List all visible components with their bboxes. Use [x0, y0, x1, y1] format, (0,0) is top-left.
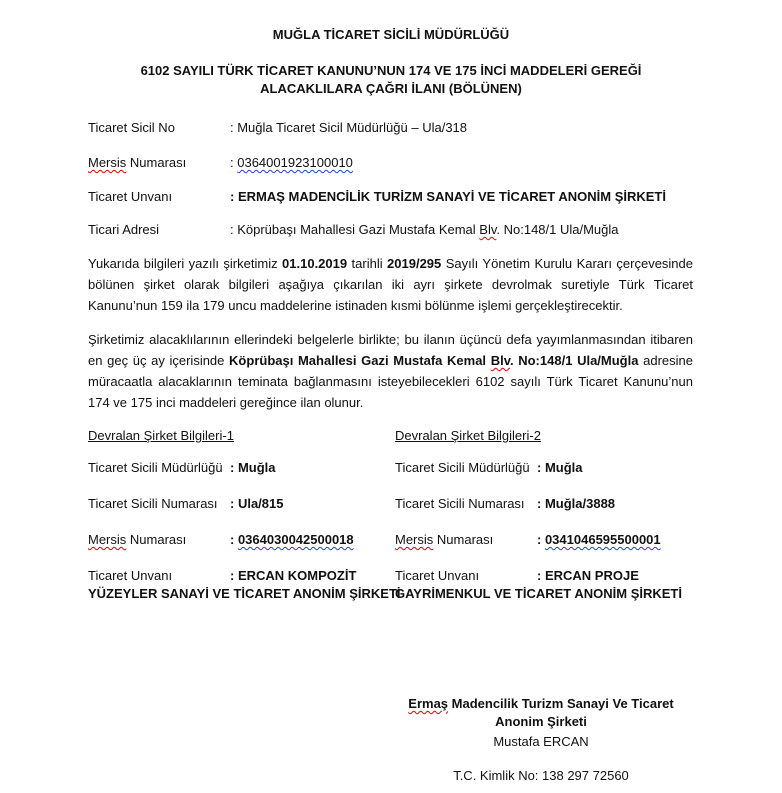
sicil-label: Ticaret Sicili Numarası	[88, 496, 218, 511]
mersis-value: : 0341046595500001	[537, 532, 661, 547]
unvan-value-cont: YÜZEYLER SANAYİ VE TİCARET ANONİM ŞİRKET…	[88, 586, 401, 601]
mersis-label: Mersis Numarası	[395, 532, 493, 547]
mersis-number: 0341046595500001	[545, 532, 661, 547]
sicil-no-value: : Muğla Ticaret Sicil Müdürlüğü – Ula/31…	[230, 120, 467, 135]
mersis-label: Mersis Numarası	[88, 155, 186, 170]
transferee-heading: Devralan Şirket Bilgileri-1	[88, 428, 234, 443]
unvan-label: Ticaret Unvanı	[88, 568, 172, 583]
sicil-text: Muğla/3888	[545, 496, 615, 511]
mudurluk-label: Ticaret Sicili Müdürlüğü	[88, 460, 223, 475]
spellcheck-word: Mersis	[395, 532, 433, 547]
mudurluk-value: : Muğla	[537, 460, 583, 475]
adres-label: Ticari Adresi	[88, 222, 159, 237]
adres-value: : Köprübaşı Mahallesi Gazi Mustafa Kemal…	[230, 222, 619, 237]
adres-part: : Köprübaşı Mahallesi Gazi Mustafa Kemal	[230, 222, 479, 237]
notice-title-line2: ALACAKLILARA ÇAĞRI İLANI (BÖLÜNEN)	[0, 81, 782, 96]
unvan-value: : ERCAN KOMPOZİT	[230, 568, 356, 583]
mudurluk-text: Muğla	[238, 460, 276, 475]
mersis-label: Mersis Numarası	[88, 532, 186, 547]
sicil-label: Ticaret Sicili Numarası	[395, 496, 525, 511]
unvan-text: ERCAN KOMPOZİT	[238, 568, 356, 583]
unvan-value: : ERCAN PROJE	[537, 568, 639, 583]
spellcheck-word: Ermaş	[408, 696, 448, 711]
mersis-label-rest: Numarası	[126, 155, 186, 170]
spellcheck-word: Mersis	[88, 532, 126, 547]
unvan-label: Ticaret Unvanı	[395, 568, 479, 583]
spellcheck-word: Blv	[491, 353, 510, 368]
spellcheck-word: Blv	[479, 222, 496, 237]
sicil-no-label: Ticaret Sicil No	[88, 120, 175, 135]
address: Köprübaşı Mahallesi Gazi Mustafa Kemal	[229, 353, 491, 368]
paragraph-creditor-call: Şirketimiz alacaklılarının ellerindeki b…	[88, 329, 693, 413]
office-title: MUĞLA TİCARET SİCİLİ MÜDÜRLÜĞÜ	[0, 27, 782, 42]
unvan-label: Ticaret Unvanı	[88, 189, 172, 204]
mudurluk-value: : Muğla	[230, 460, 276, 475]
text: tarihli	[347, 256, 387, 271]
signatory-name: Mustafa ERCAN	[340, 734, 742, 749]
spellcheck-word: Mersis	[88, 155, 126, 170]
signature-company-line1: Ermaş Madencilik Turizm Sanayi Ve Ticare…	[340, 696, 742, 711]
sicil-value: : Ula/815	[230, 496, 284, 511]
text: Yukarıda bilgileri yazılı şirketimiz	[88, 256, 282, 271]
mudurluk-label: Ticaret Sicili Müdürlüğü	[395, 460, 530, 475]
unvan-text: ERCAN PROJE	[545, 568, 639, 583]
transferee-heading: Devralan Şirket Bilgileri-2	[395, 428, 541, 443]
notice-title-line1: 6102 SAYILI TÜRK TİCARET KANUNU’NUN 174 …	[0, 63, 782, 78]
signature-company-line2: Anonim Şirketi	[340, 714, 742, 729]
mersis-number: 0364001923100010	[237, 155, 353, 170]
decision-date: 01.10.2019	[282, 256, 347, 271]
sicil-value: : Muğla/3888	[537, 496, 615, 511]
mersis-number: 0364030042500018	[238, 532, 354, 547]
mersis-value: : 0364001923100010	[230, 155, 353, 170]
unvan-value-cont: GAYRİMENKUL VE TİCARET ANONİM ŞİRKETİ	[395, 586, 682, 601]
mersis-label-rest: Numarası	[126, 532, 186, 547]
signature-company-text: Madencilik Turizm Sanayi Ve Ticaret	[448, 696, 674, 711]
mersis-value: : 0364030042500018	[230, 532, 354, 547]
address: . No:148/1 Ula/Muğla	[510, 353, 639, 368]
unvan-value: : ERMAŞ MADENCİLİK TURİZM SANAYİ VE TİCA…	[230, 189, 666, 204]
signatory-id: T.C. Kimlik No: 138 297 72560	[340, 768, 742, 783]
adres-part: . No:148/1 Ula/Muğla	[496, 222, 618, 237]
mersis-label-rest: Numarası	[433, 532, 493, 547]
paragraph-division-notice: Yukarıda bilgileri yazılı şirketimiz 01.…	[88, 253, 693, 316]
decision-number: 2019/295	[387, 256, 441, 271]
sicil-text: Ula/815	[238, 496, 284, 511]
mudurluk-text: Muğla	[545, 460, 583, 475]
